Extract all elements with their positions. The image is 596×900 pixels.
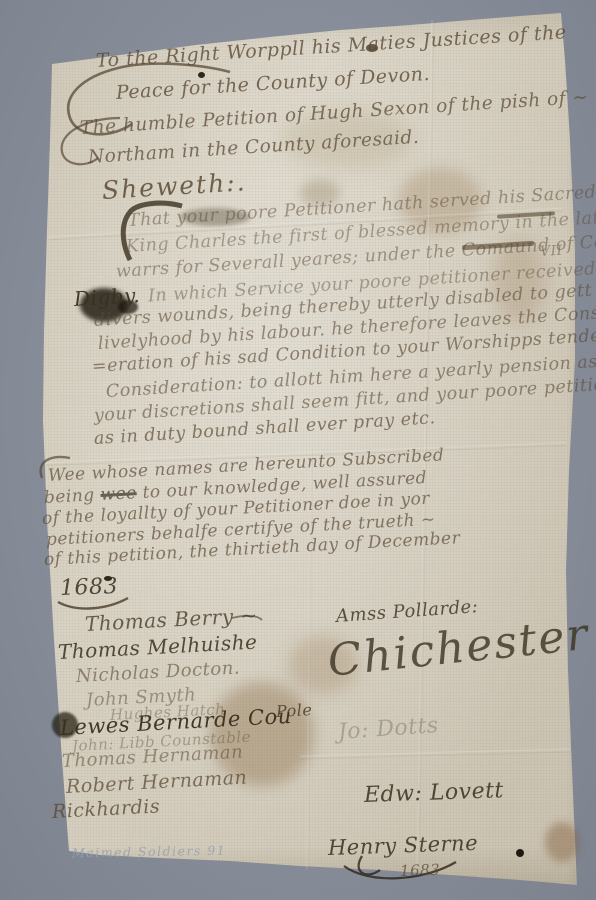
signature: Pole [276, 700, 313, 721]
attestation-year: 1683 [60, 574, 119, 601]
signature-year: 1683 [400, 861, 441, 880]
signature: Edw: Lovett [364, 778, 505, 808]
photograph-backdrop: To the Right Worppll his Maties Justices… [0, 0, 596, 900]
attestation-text: being [43, 485, 95, 508]
margin-mark: VII [540, 243, 564, 260]
ink-speck [516, 849, 524, 857]
digby-word: Digby. [73, 283, 140, 311]
stain [545, 822, 579, 862]
pencil-archival-note: Maimed Soldiers 91 [72, 843, 226, 861]
struck-word: wee [100, 483, 137, 505]
